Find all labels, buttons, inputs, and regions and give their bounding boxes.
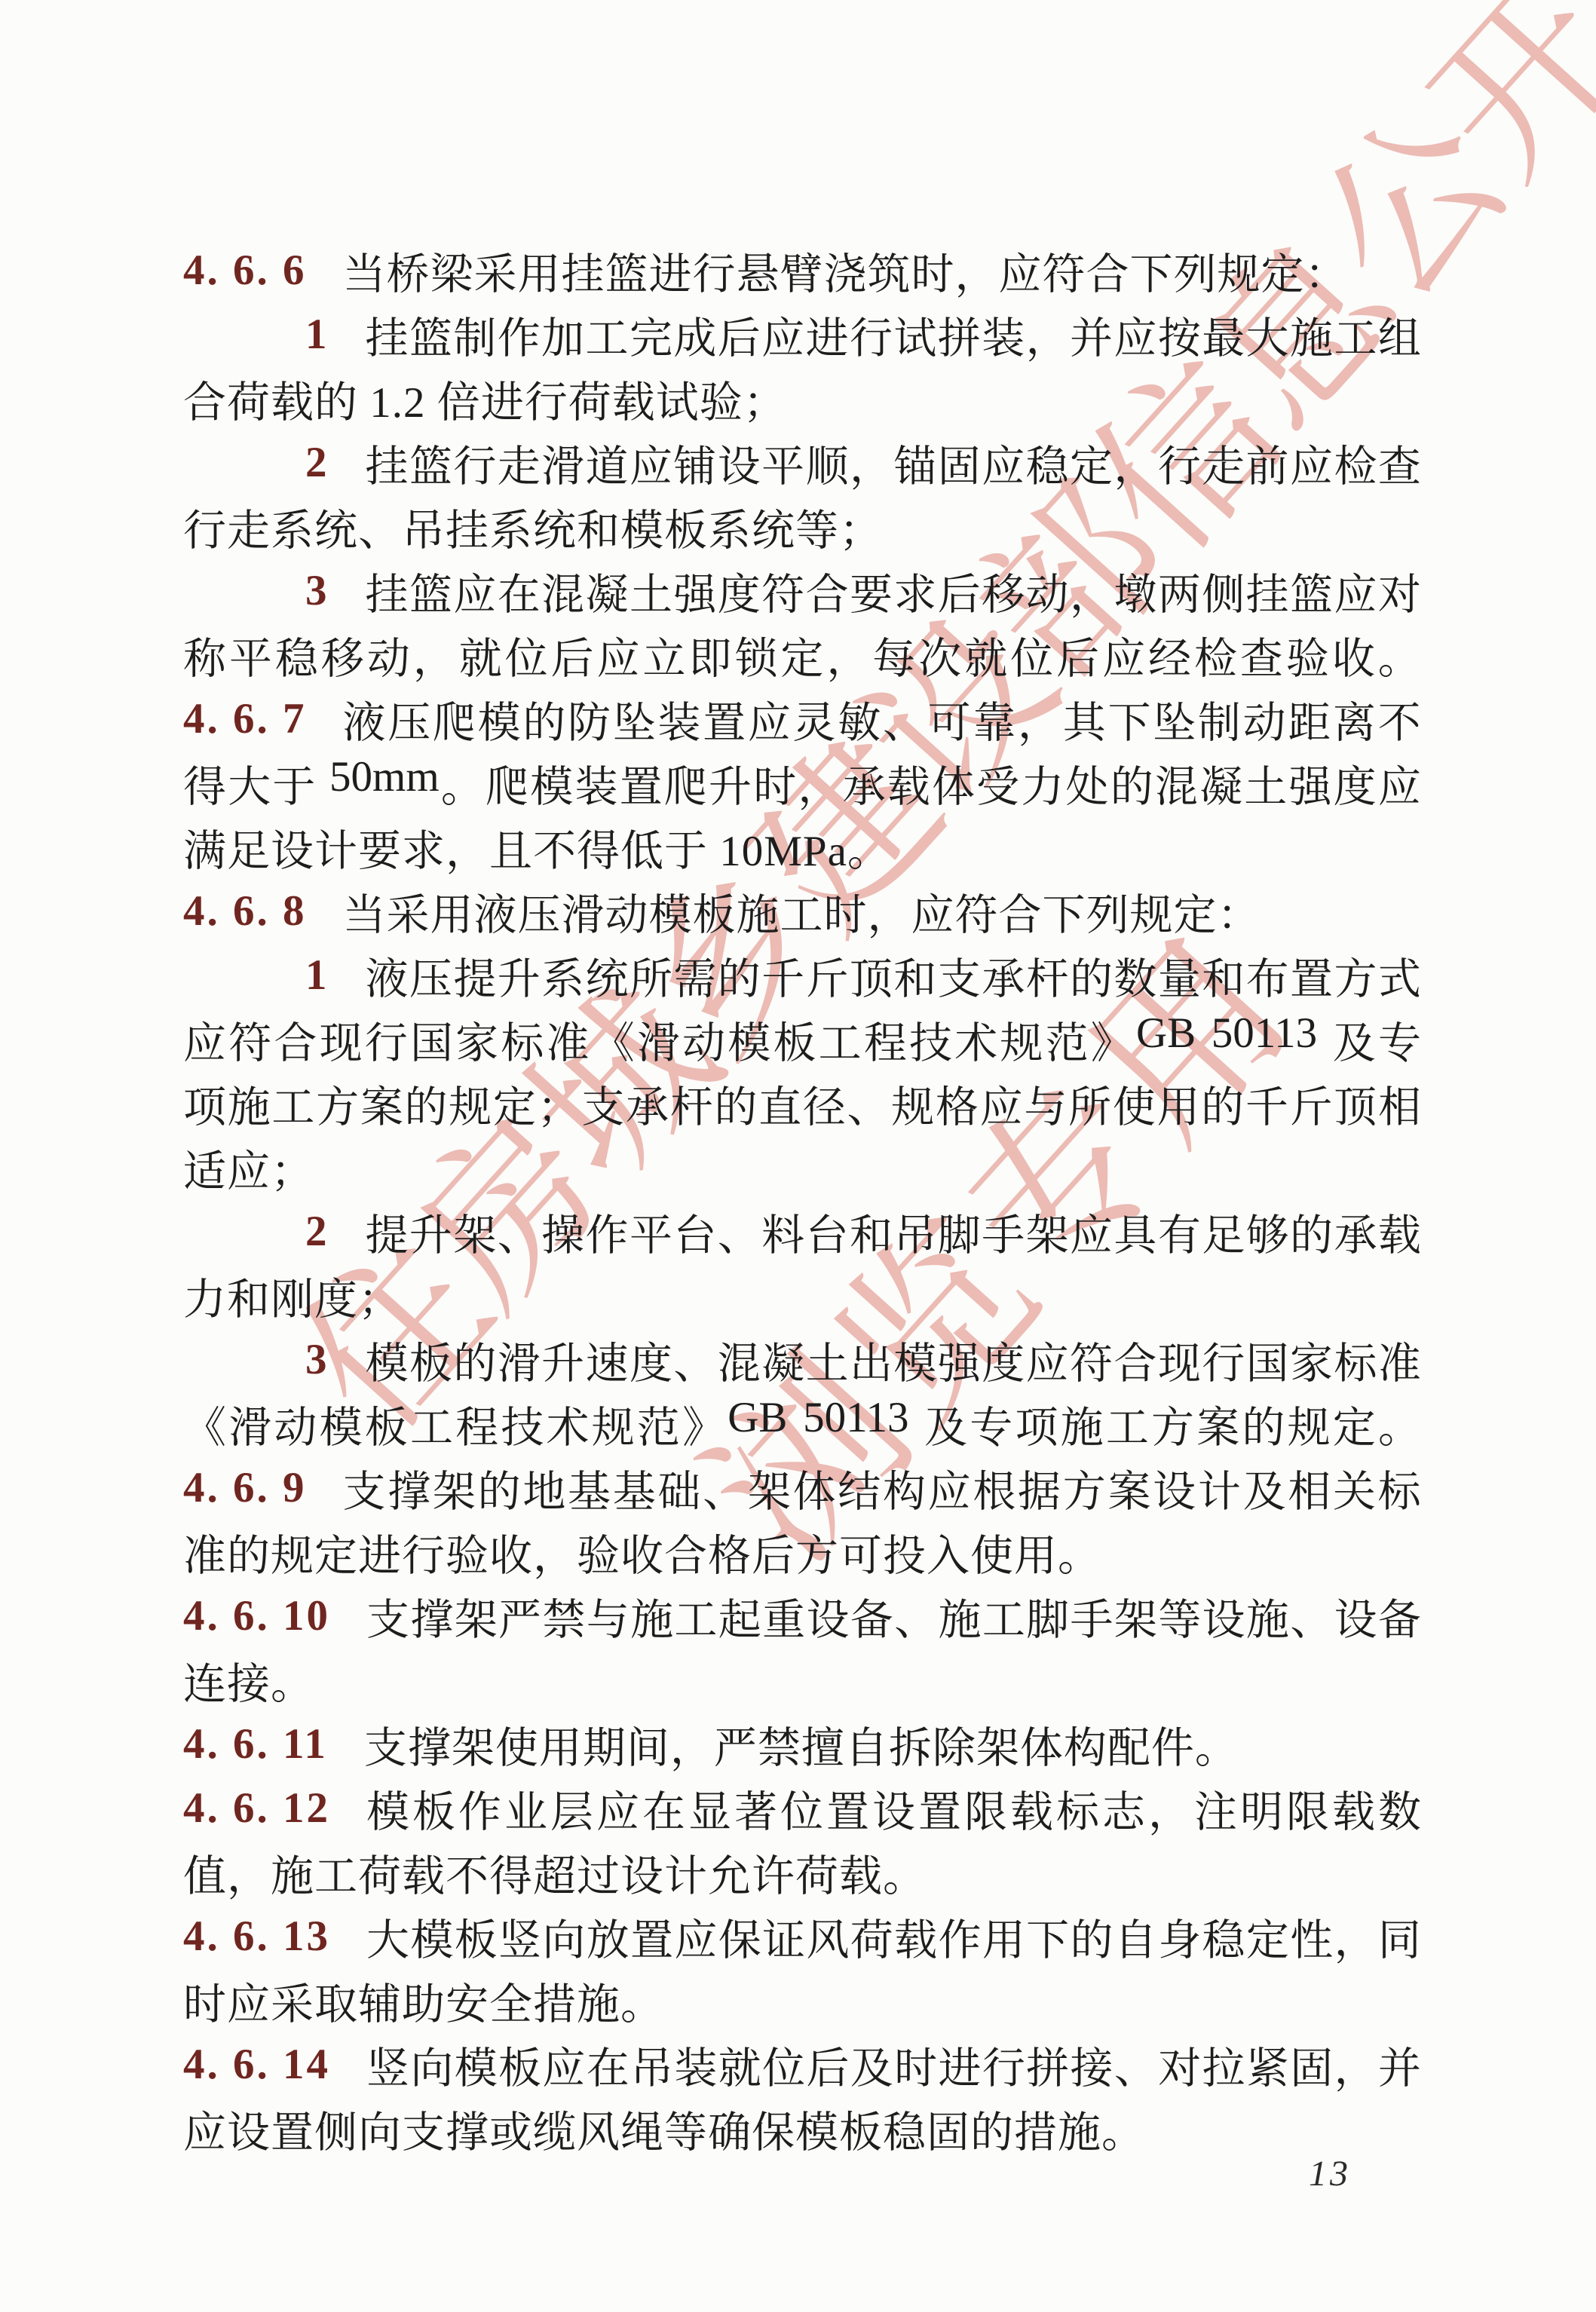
text-line: 2挂篮行走滑道应铺设平顺，锚固应稳定，行走前应检查 [183,430,1421,495]
clause-text: 模板的滑升速度、混凝土出模强度应符合现行国家标准 [366,1329,1422,1391]
clause-number: 4. 6. 11 [183,1719,328,1768]
clause-text: 得大于 50mm。爬模装置爬升时，承载体受力处的混凝土强度应 [183,752,1421,814]
clause-text: 挂篮行走滑道应铺设平顺，锚固应稳定，行走前应检查 [366,432,1422,494]
clause-number: 4. 6. 14 [183,2040,330,2089]
text-line: 3挂篮应在混凝土强度符合要求后移动，墩两侧挂篮应对 [183,559,1421,623]
clause-number: 4. 6. 9 [183,1463,307,1512]
clause-number: 2 [305,438,329,487]
page-number: 13 [1309,2153,1351,2194]
clause-number: 4. 6. 7 [183,694,307,743]
clause-text: 称平稳移动，就位后应立即锁定，每次就位后应经检查验收。 [183,624,1421,686]
clause-text: 挂篮应在混凝土强度符合要求后移动，墩两侧挂篮应对 [366,560,1422,622]
clause-text: 值，施工荷载不得超过设计允许荷载。 [183,1842,927,1903]
text-line: 满足设计要求，且不得低于 10MPa。 [183,815,1421,879]
clause-text: 项施工方案的规定；支承杆的直径、规格应与所使用的千斤顶相 [183,1073,1421,1135]
text-line: 适应； [183,1135,1421,1199]
clause-number: 1 [305,310,329,359]
text-line: 4. 6. 7液压爬模的防坠装置应灵敏、可靠，其下坠制动距离不 [183,687,1421,751]
clause-number: 4. 6. 12 [183,1784,330,1833]
clause-number: 4. 6. 10 [183,1591,330,1640]
clause-text: 支撑架严禁与施工起重设备、施工脚手架等设施、设备 [366,1585,1421,1647]
text-line: 《滑动模板工程技术规范》GB 50113 及专项施工方案的规定。 [183,1392,1421,1456]
clause-text: 挂篮制作加工完成后应进行试拼装，并应按最大施工组 [366,304,1422,366]
clause-text: 液压爬模的防坠装置应灵敏、可靠，其下坠制动距离不 [343,688,1422,750]
text-line: 4. 6. 13大模板竖向放置应保证风荷载作用下的自身稳定性，同 [183,1904,1421,1968]
clause-text: 当桥梁采用挂篮进行悬臂浇筑时，应符合下列规定： [343,240,1349,302]
clause-text: 模板作业层应在显著位置设置限载标志，注明限载数 [366,1778,1421,1839]
clause-text: 应符合现行国家标准《滑动模板工程技术规范》GB 50113 及专 [183,1009,1421,1070]
text-line: 合荷载的 1.2 倍进行荷载试验； [183,366,1421,430]
text-line: 1挂篮制作加工完成后应进行试拼装，并应按最大施工组 [183,302,1421,366]
text-line: 4. 6. 12模板作业层应在显著位置设置限载标志，注明限载数 [183,1776,1421,1840]
clause-text: 当采用液压滑动模板施工时，应符合下列规定： [343,880,1261,942]
text-line: 应符合现行国家标准《滑动模板工程技术规范》GB 50113 及专 [183,1007,1421,1071]
clause-text: 应设置侧向支撑或缆风绳等确保模板稳固的措施。 [183,2098,1145,2160]
clause-text: 适应； [183,1137,314,1199]
text-line: 3模板的滑升速度、混凝土出模强度应符合现行国家标准 [183,1327,1421,1392]
clause-text: 时应采取辅助安全措施。 [183,1970,664,2032]
clause-text: 液压提升系统所需的千斤顶和支承杆的数量和布置方式 [366,945,1422,1006]
text-line: 时应采取辅助安全措施。 [183,1968,1421,2032]
text-line: 4. 6. 11支撑架使用期间，严禁擅自拆除架体构配件。 [183,1712,1421,1776]
clause-number: 2 [305,1207,329,1256]
text-line: 称平稳移动，就位后应立即锁定，每次就位后应经检查验收。 [183,623,1421,687]
body-text: 4. 6. 6当桥梁采用挂篮进行悬臂浇筑时，应符合下列规定：1挂篮制作加工完成后… [183,238,1421,2160]
text-line: 项施工方案的规定；支承杆的直径、规格应与所使用的千斤顶相 [183,1071,1421,1135]
text-line: 4. 6. 14竖向模板应在吊装就位后及时进行拼接、对拉紧固，并 [183,2032,1421,2096]
clause-text: 提升架、操作平台、料台和吊脚手架应具有足够的承载 [366,1201,1422,1263]
text-line: 应设置侧向支撑或缆风绳等确保模板稳固的措施。 [183,2096,1421,2160]
clause-number: 4. 6. 6 [183,246,307,295]
text-line: 1液压提升系统所需的千斤顶和支承杆的数量和布置方式 [183,943,1421,1007]
text-line: 4. 6. 10支撑架严禁与施工起重设备、施工脚手架等设施、设备 [183,1584,1421,1648]
clause-text: 大模板竖向放置应保证风荷载作用下的自身稳定性，同 [366,1906,1421,1967]
clause-text: 支撑架的地基基础、架体结构应根据方案设计及相关标 [343,1457,1422,1519]
clause-text: 满足设计要求，且不得低于 10MPa。 [183,816,891,878]
text-line: 得大于 50mm。爬模装置爬升时，承载体受力处的混凝土强度应 [183,751,1421,815]
clause-text: 《滑动模板工程技术规范》GB 50113 及专项施工方案的规定。 [183,1393,1421,1455]
clause-number: 4. 6. 8 [183,887,307,936]
text-line: 准的规定进行验收，验收合格后方可投入使用。 [183,1520,1421,1584]
text-line: 4. 6. 8当采用液压滑动模板施工时，应符合下列规定： [183,879,1421,943]
text-line: 2提升架、操作平台、料台和吊脚手架应具有足够的承载 [183,1199,1421,1263]
clause-text: 合荷载的 1.2 倍进行荷载试验； [183,368,787,430]
clause-text: 竖向模板应在吊装就位后及时进行拼接、对拉紧固，并 [366,2034,1421,2096]
text-line: 4. 6. 6当桥梁采用挂篮进行悬臂浇筑时，应符合下列规定： [183,238,1421,302]
text-line: 连接。 [183,1648,1421,1712]
clause-number: 3 [305,1335,329,1384]
text-line: 行走系统、吊挂系统和模板系统等； [183,495,1421,559]
text-line: 力和刚度； [183,1263,1421,1327]
clause-text: 连接。 [183,1649,314,1711]
clause-text: 准的规定进行验收，验收合格后方可投入使用。 [183,1521,1101,1583]
clause-number: 3 [305,566,329,615]
clause-number: 1 [305,951,329,1000]
text-line: 4. 6. 9支撑架的地基基础、架体结构应根据方案设计及相关标 [183,1456,1421,1520]
clause-text: 行走系统、吊挂系统和模板系统等； [183,496,883,558]
document-page: 住房城乡建设部信息公开 浏览专用 4. 6. 6当桥梁采用挂篮进行悬臂浇筑时，应… [0,0,1596,2312]
clause-text: 力和刚度； [183,1265,402,1327]
text-line: 值，施工荷载不得超过设计允许荷载。 [183,1840,1421,1904]
clause-text: 支撑架使用期间，严禁擅自拆除架体构配件。 [364,1713,1239,1775]
clause-number: 4. 6. 13 [183,1912,330,1961]
